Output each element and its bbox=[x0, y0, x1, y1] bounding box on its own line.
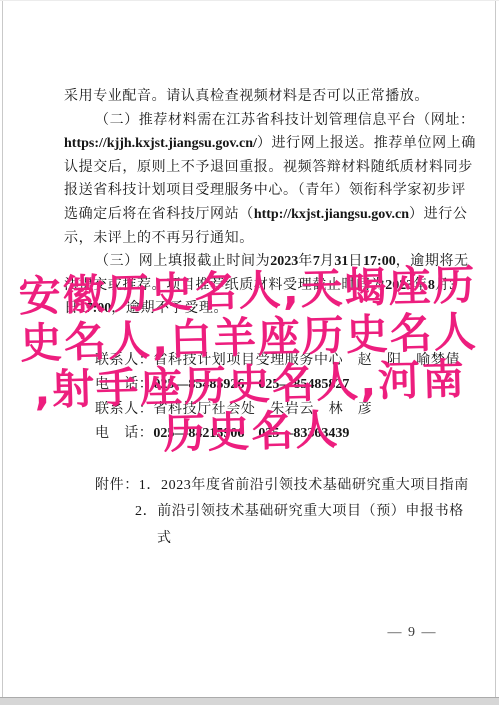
text-segment: 17:00 bbox=[79, 301, 112, 316]
contact-line: 电 话：025—84215906 025—83363439 bbox=[64, 422, 494, 447]
document-body: 采用专业配音。请认真检查视频材料是否可以正常播放。（二）推荐材料需在江苏省科技计… bbox=[64, 85, 494, 552]
scanned-document-page: 采用专业配音。请认真检查视频材料是否可以正常播放。（二）推荐材料需在江苏省科技计… bbox=[0, 0, 499, 705]
text-segment: 31 bbox=[334, 254, 348, 269]
page-left-edge bbox=[2, 1, 3, 698]
doc-text-line: 日17:00，逾期不予受理。 bbox=[64, 297, 494, 321]
page-number: — 9 — bbox=[388, 625, 438, 641]
page-right-edge bbox=[495, 1, 496, 698]
text-segment: 示，未评上的不再另行通知。 bbox=[64, 231, 254, 246]
text-segment: 7 bbox=[313, 254, 320, 269]
text-segment: 17:00 bbox=[363, 254, 396, 269]
contact-line: 电 话：025—85485926 025—85485827 bbox=[64, 373, 494, 398]
text-segment: ）进行公 bbox=[409, 207, 467, 222]
text-segment: ）进行网上报送。推荐单位网上确 bbox=[257, 136, 476, 151]
text-segment: ，逾期不予受理。 bbox=[111, 301, 228, 316]
text-segment: 联系人：省科技厅社会处 朱岩云 林 彦 bbox=[95, 402, 372, 417]
text-segment: 日 bbox=[348, 254, 363, 269]
contact-line: 联系人：省科技厅社会处 朱岩云 林 彦 bbox=[64, 398, 494, 423]
text-segment: ，逾期将无 bbox=[396, 254, 469, 269]
text-segment: 8 bbox=[428, 278, 435, 293]
text-segment: http://kxjst.jiangsu.gov.cn bbox=[254, 207, 409, 222]
text-segment: 2023 bbox=[385, 278, 413, 293]
text-segment: 认提交后，原则上不予退回重报。视频答辩材料随纸质材料同步 bbox=[64, 160, 473, 175]
text-segment: 3 bbox=[449, 278, 456, 293]
page-bottom-edge bbox=[0, 697, 499, 705]
attachment-line: 式 bbox=[64, 526, 494, 553]
text-segment: 联系人：省科技计划项目受理服务中心 赵 阳 喻梦倩 bbox=[95, 353, 460, 368]
text-segment: 附件：1． bbox=[95, 478, 161, 493]
doc-text-line: 选确定后将在省科技厅网站（http://kxjst.jiangsu.gov.cn… bbox=[64, 203, 494, 227]
doc-text-line: 示，未评上的不再另行通知。 bbox=[64, 227, 494, 251]
text-segment: 月 bbox=[320, 254, 335, 269]
doc-text-line: https://kjjh.kxjst.jiangsu.gov.cn/）进行网上报… bbox=[64, 132, 494, 156]
paragraph-block: 采用专业配音。请认真检查视频材料是否可以正常播放。（二）推荐材料需在江苏省科技计… bbox=[64, 85, 494, 321]
text-segment: 2023 bbox=[270, 254, 298, 269]
text-segment: 日 bbox=[64, 301, 79, 316]
contact-line: 联系人：省科技计划项目受理服务中心 赵 阳 喻梦倩 bbox=[64, 349, 494, 374]
text-segment: 法提交或推荐。项目推荐纸质材料受理截止时间为 bbox=[64, 278, 385, 293]
text-segment: 年 bbox=[413, 278, 428, 293]
text-segment: 电 话： bbox=[95, 426, 153, 441]
text-segment: 025—84215906 025—83363439 bbox=[153, 426, 349, 441]
text-segment: 025—85485926 025—85485827 bbox=[153, 377, 349, 392]
doc-text-line: 法提交或推荐。项目推荐纸质材料受理截止时间为2023年8月3 bbox=[64, 274, 494, 298]
doc-text-line: （三）网上填报截止时间为2023年7月31日17:00，逾期将无 bbox=[64, 250, 494, 274]
text-segment: （二）推荐材料需在江苏省科技计划管理信息平台（网址： bbox=[95, 113, 475, 128]
doc-text-line: 认提交后，原则上不予退回重报。视频答辩材料随纸质材料同步 bbox=[64, 156, 494, 180]
doc-text-line: 报送省科技计划项目受理服务中心。（青年）领衔科学家初步评 bbox=[64, 179, 494, 203]
text-segment: 选确定后将在省科技厅网站（ bbox=[64, 207, 254, 222]
text-segment: 2023 bbox=[161, 478, 191, 493]
doc-text-line: 采用专业配音。请认真检查视频材料是否可以正常播放。 bbox=[64, 85, 494, 109]
attachment-block: 附件：1．2023年度省前沿引领技术基础研究重大项目指南2．前沿引领技术基础研究… bbox=[64, 473, 494, 553]
text-segment: 年 bbox=[298, 254, 313, 269]
text-segment: 月 bbox=[435, 278, 450, 293]
text-segment: 式 bbox=[157, 531, 172, 546]
doc-text-line: （二）推荐材料需在江苏省科技计划管理信息平台（网址： bbox=[64, 109, 494, 133]
text-segment: （三）网上填报截止时间为 bbox=[95, 254, 270, 269]
text-segment: 2．前沿引领技术基础研究重大项目（预）申报书格 bbox=[135, 504, 464, 519]
text-segment: 采用专业配音。请认真检查视频材料是否可以正常播放。 bbox=[64, 89, 429, 104]
text-segment: 电 话： bbox=[95, 377, 153, 392]
text-segment: 报送省科技计划项目受理服务中心。（青年）领衔科学家初步评 bbox=[64, 183, 466, 198]
text-segment: https://kjjh.kxjst.jiangsu.gov.cn/ bbox=[64, 136, 257, 151]
attachment-line: 附件：1．2023年度省前沿引领技术基础研究重大项目指南 bbox=[64, 473, 494, 500]
contact-block: 联系人：省科技计划项目受理服务中心 赵 阳 喻梦倩电 话：025—8548592… bbox=[64, 349, 494, 447]
text-segment: 年度省前沿引领技术基础研究重大项目指南 bbox=[191, 478, 468, 493]
attachment-line: 2．前沿引领技术基础研究重大项目（预）申报书格 bbox=[64, 499, 494, 526]
